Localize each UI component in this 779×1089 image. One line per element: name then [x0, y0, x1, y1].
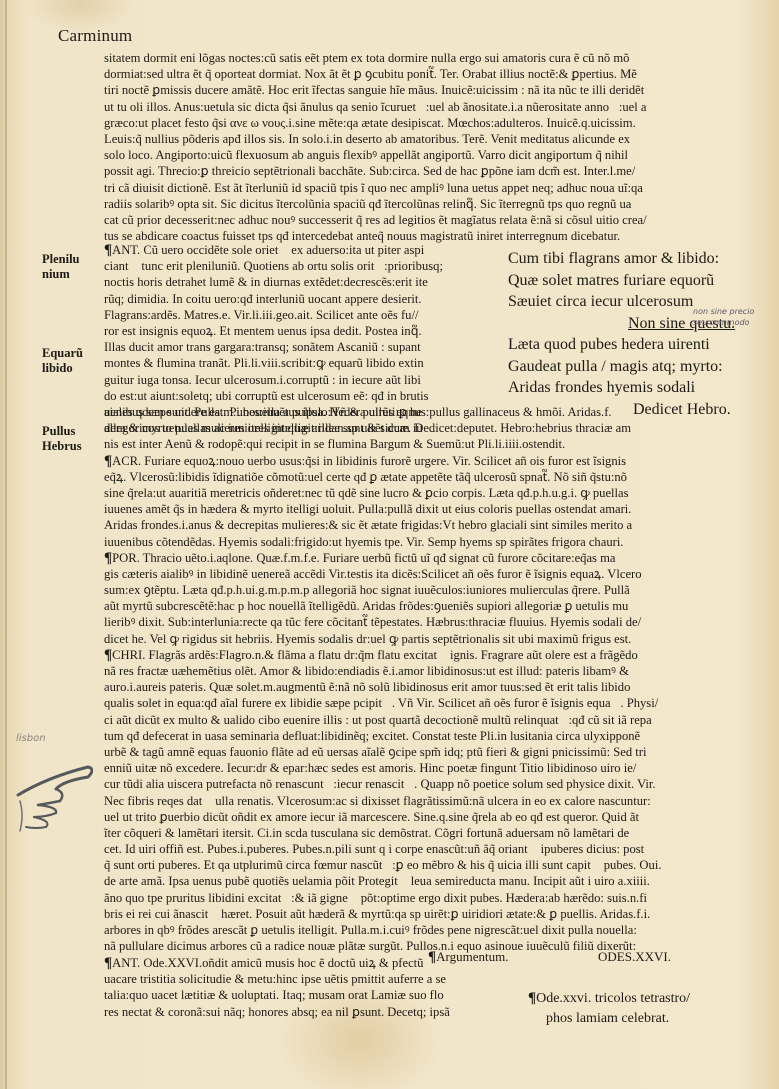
- gloss-line: Plenilu: [42, 252, 80, 267]
- commentary-line: ciant᷑ tunc erit pleniluniũ. Quotiens ab…: [104, 258, 504, 274]
- commentary-line: eq̃ꝝ. Vlcerosũ:libidis ĩdignatiõe cõmotũ…: [104, 469, 724, 485]
- commentary-line: uacare tristitia solicitudie & metu:hinc…: [104, 971, 504, 987]
- commentary-line: uel ut trito ꝑuerbio dicũt oñdit ex amor…: [104, 809, 724, 825]
- commentary-line: ãno quo tpe pruritus libidini excitat᷑:&…: [104, 890, 724, 906]
- commentary-text: Cũ uero occidẽte sole oriet᷑ ex aduerso:…: [140, 243, 424, 257]
- commentary-line: ror est insignis equoꝝ. Et mentem uenus …: [104, 323, 504, 339]
- pilcrow-icon: ¶: [104, 550, 112, 566]
- commentator-siglum: ANT.: [112, 956, 140, 970]
- commentary-line: possit agi. Threcio:ꝑ threicio septẽtrio…: [104, 163, 724, 179]
- commentary-line: gis cæteris aialibꝰ in libidinẽ uenereã …: [104, 566, 724, 582]
- verse-line: Aridas frondes hyemis sodali: [508, 377, 735, 399]
- commentary-line: Flagrans:ardẽs. Matres.e. Vir.li.iii.geo…: [104, 307, 504, 323]
- commentary-line: auro.i.aureis pateris. Quæ solet.m.augme…: [104, 679, 724, 695]
- commentary-line: aũt myrtũ subcrescẽtẽ:hac p hoc nouellã …: [104, 598, 724, 614]
- commentary-line: bris ei rei cui ãnascit᷑ hæret. Posuit a…: [104, 906, 724, 922]
- handwritten-note-right: non sine precio seu commodo: [693, 306, 754, 328]
- commentary-line: uenes qdem sunt. Pulla.m.i.nouella a pul…: [104, 404, 724, 420]
- commentary-line: q̃ sunt orti puberes. Et qa utplurimũ ci…: [104, 857, 724, 873]
- commentary-line: ĩter cõqueri & lamẽtari itersit. Ci.in s…: [104, 825, 724, 841]
- gloss-line: libido: [42, 361, 83, 376]
- commentator-siglum: CHRI.: [112, 648, 145, 662]
- commentary-line: montes & flumina tranãt. Pli.li.viii.scr…: [104, 355, 504, 371]
- commentary-top: sitatem dormit eni lõgas noctes:cũ satis…: [104, 50, 724, 244]
- commentary-line: nis est inter Aenũ & rodopẽ:qui recipit …: [104, 436, 724, 452]
- book-page: Carminum sitatem dormit eni lõgas noctes…: [0, 0, 779, 1089]
- commentator-siglum: POR.: [112, 551, 140, 565]
- commentary-line: allegoricos uetulas mulieres itelligit:q…: [104, 420, 724, 436]
- commentary-line: sum:ex ꝯtẽptu. Læta qđ.p.h.ui.g.m.p.m.p …: [104, 582, 724, 598]
- commentary-line: lieribꝰ dixit. Sub:interlunia:recte qa t…: [104, 614, 724, 630]
- commentary-line: dormiat:sed ultra ẽt q̃ oporteat dormiat…: [104, 66, 724, 82]
- verse-line: Gaudeat pulla / magis atq; myrto:: [508, 356, 735, 378]
- commentary-line: rũq; dimidia. In coitu uero:qđ interluni…: [104, 291, 504, 307]
- commentary-line: urbẽ & tagũ amnẽ equas fauonio flãte ad …: [104, 744, 724, 760]
- gloss-line: Hebrus: [42, 439, 82, 454]
- commentary-line: sitatem dormit eni lõgas noctes:cũ satis…: [104, 50, 724, 66]
- commentary-line: talia:quo uacet lætitiæ & uoluptati. Ita…: [104, 987, 504, 1003]
- commentary-line: ci aũt dicũt ex multo & ualido cibo euen…: [104, 712, 724, 728]
- handwritten-line: non sine precio: [693, 306, 754, 317]
- commentary-line: ¶CHRI. Flagrãs ardẽs:Flagro.n.& flãma a …: [104, 647, 724, 663]
- commentary-line: radiis solaribꝰ opta sit. Sic dicitus ĩt…: [104, 196, 724, 212]
- commentary-line: cet. Id uiri offiñ est. Pubes.i.puberes.…: [104, 841, 724, 857]
- commentator-siglum: ANT.: [112, 243, 140, 257]
- pilcrow-icon: ¶: [104, 647, 112, 663]
- commentary-line: Leuis:q̃ nullius põderis apđ illos sis. …: [104, 131, 724, 147]
- margin-gloss-pullus-hebrus: Pullus Hebrus: [42, 424, 82, 454]
- commentary-line: iuuenes amẽt q̃s in hædera & myrto itell…: [104, 501, 724, 517]
- commentary-line: res nectat & coronã:sui nãq; honores abs…: [104, 1004, 504, 1020]
- page-gutter-edge: [5, 0, 7, 1089]
- commentary-line: ut tu oli illos. Anus:uetula sic dicta q…: [104, 99, 724, 115]
- commentary-line: qualis solet in equa:qđ aĩal furere ex l…: [104, 695, 724, 711]
- commentary-text: Ode.XXVI.oñdit amicũ musis hoc ẽ doctũ u…: [140, 956, 423, 970]
- commentary-line: noctis horis detrahet lumẽ & in diurnas …: [104, 274, 504, 290]
- commentary-line: tum qđ defecerat in uasa seminaria deflu…: [104, 728, 724, 744]
- ode-summary: ¶Ode.xxvi. tricolos tetrastro/ phos lami…: [528, 988, 690, 1029]
- commentary-line: ¶POR. Thracio uẽto.i.aqlone. Quæ.f.m.f.e…: [104, 550, 724, 566]
- pilcrow-icon: ¶: [104, 955, 112, 971]
- poem-verses: Cum tibi flagrans amor & libido: Quæ sol…: [508, 248, 735, 420]
- commentary-bottom: uenes qdem sunt. Pulla.m.i.nouella a pul…: [104, 404, 724, 954]
- commentary-line: cur tũdi alia uiscera putrefacta nõ rena…: [104, 776, 724, 792]
- commentary-line: guitur iuga tonsa. Iecur ulcerosum.i.cor…: [104, 372, 504, 388]
- manicule-pointing-hand-icon: [8, 755, 93, 835]
- summary-text: Ode.xxvi. tricolos tetrastro/: [536, 991, 690, 1006]
- commentary-line: Aridas frondes.i.anus & decrepitas mulie…: [104, 517, 724, 533]
- commentary-line: do est:ut aiunt:soletq; ubi corruptũ est…: [104, 388, 504, 404]
- pilcrow-icon: ¶: [104, 453, 112, 469]
- commentary-line: nã res fractæ uæhemẽtius olẽt. Amor & li…: [104, 663, 724, 679]
- verse-line: Læta quod pubes hedera uirenti: [508, 334, 735, 356]
- ode-heading: ODES.XXVI.: [598, 949, 671, 965]
- margin-gloss-plenilunium: Plenilu nium: [42, 252, 80, 282]
- commentary-line: de arte amã. Ipsa uenus pubẽ quotiẽs uel…: [104, 873, 724, 889]
- commentary-line: solo loco. Angiporto:uicũ flexuosum ab a…: [104, 147, 724, 163]
- commentary-text: Thracio uẽto.i.aqlone. Quæ.f.m.f.e. Furi…: [140, 551, 616, 565]
- running-head: Carminum: [58, 26, 132, 46]
- pilcrow-icon: ¶: [528, 990, 536, 1006]
- verse-line: Quæ solet matres furiare equorũ: [508, 270, 735, 292]
- commentary-final: ¶ANT. Ode.XXVI.oñdit amicũ musis hoc ẽ d…: [104, 955, 504, 1020]
- commentary-line: ¶ANT. Cũ uero occidẽte sole oriet᷑ ex ad…: [104, 242, 504, 258]
- commentary-line: Illas ducit amor trans gargara:transq; s…: [104, 339, 504, 355]
- handwritten-note-left: lisbon: [16, 733, 46, 744]
- commentary-line: cat cũ prior decesserit:nec adhuc nouꝰ s…: [104, 212, 724, 228]
- gloss-line: Equarũ: [42, 346, 83, 361]
- commentary-line: ¶ANT. Ode.XXVI.oñdit amicũ musis hoc ẽ d…: [104, 955, 504, 971]
- commentary-line: dicet he. Vel ꝙ rigidus sit hebriis. Hye…: [104, 631, 724, 647]
- summary-line: phos lamiam celebrat.: [528, 1009, 690, 1029]
- handwritten-line: seu commodo: [693, 317, 754, 328]
- verse-line: Cum tibi flagrans amor & libido:: [508, 248, 735, 270]
- commentary-line: sine q̃rela:ut auaritiã meretricis oñder…: [104, 485, 724, 501]
- commentator-siglum: ACR.: [112, 454, 141, 468]
- commentary-text: Furiare equoꝝ:nouo uerbo usus:q̃si in li…: [141, 454, 626, 468]
- gloss-line: nium: [42, 267, 80, 282]
- commentary-text: Flagrãs ardẽs:Flagro.n.& flãma a flatu d…: [145, 648, 637, 662]
- commentary-line: enniũ uitæ nõ excedere. Iecur:dr & epar:…: [104, 760, 724, 776]
- commentary-line: ¶ACR. Furiare equoꝝ:nouo uerbo usus:q̃si…: [104, 453, 724, 469]
- pilcrow-icon: ¶: [104, 242, 112, 258]
- commentary-line: arbores in qbꝰ frõdes arescãt ꝑ uetulis …: [104, 922, 724, 938]
- commentary-line: tri cã diuisit dictionẽ. Est ãt ĩterluni…: [104, 180, 724, 196]
- commentary-line: tiri noctẽ ꝑmissis ducere amãtẽ. Hoc eri…: [104, 82, 724, 98]
- commentary-line: iuuenibus cõtendẽdas. Hyemis sodali:frig…: [104, 534, 724, 550]
- commentary-line: Nec fibris reqes dat᷑ ulla renatis. Vlce…: [104, 793, 724, 809]
- commentary-line: græco:ut placet festo q̃si ανε ω νους.i.…: [104, 115, 724, 131]
- gloss-line: Pullus: [42, 424, 82, 439]
- summary-line: ¶Ode.xxvi. tricolos tetrastro/: [528, 988, 690, 1009]
- margin-gloss-equarum-libido: Equarũ libido: [42, 346, 83, 376]
